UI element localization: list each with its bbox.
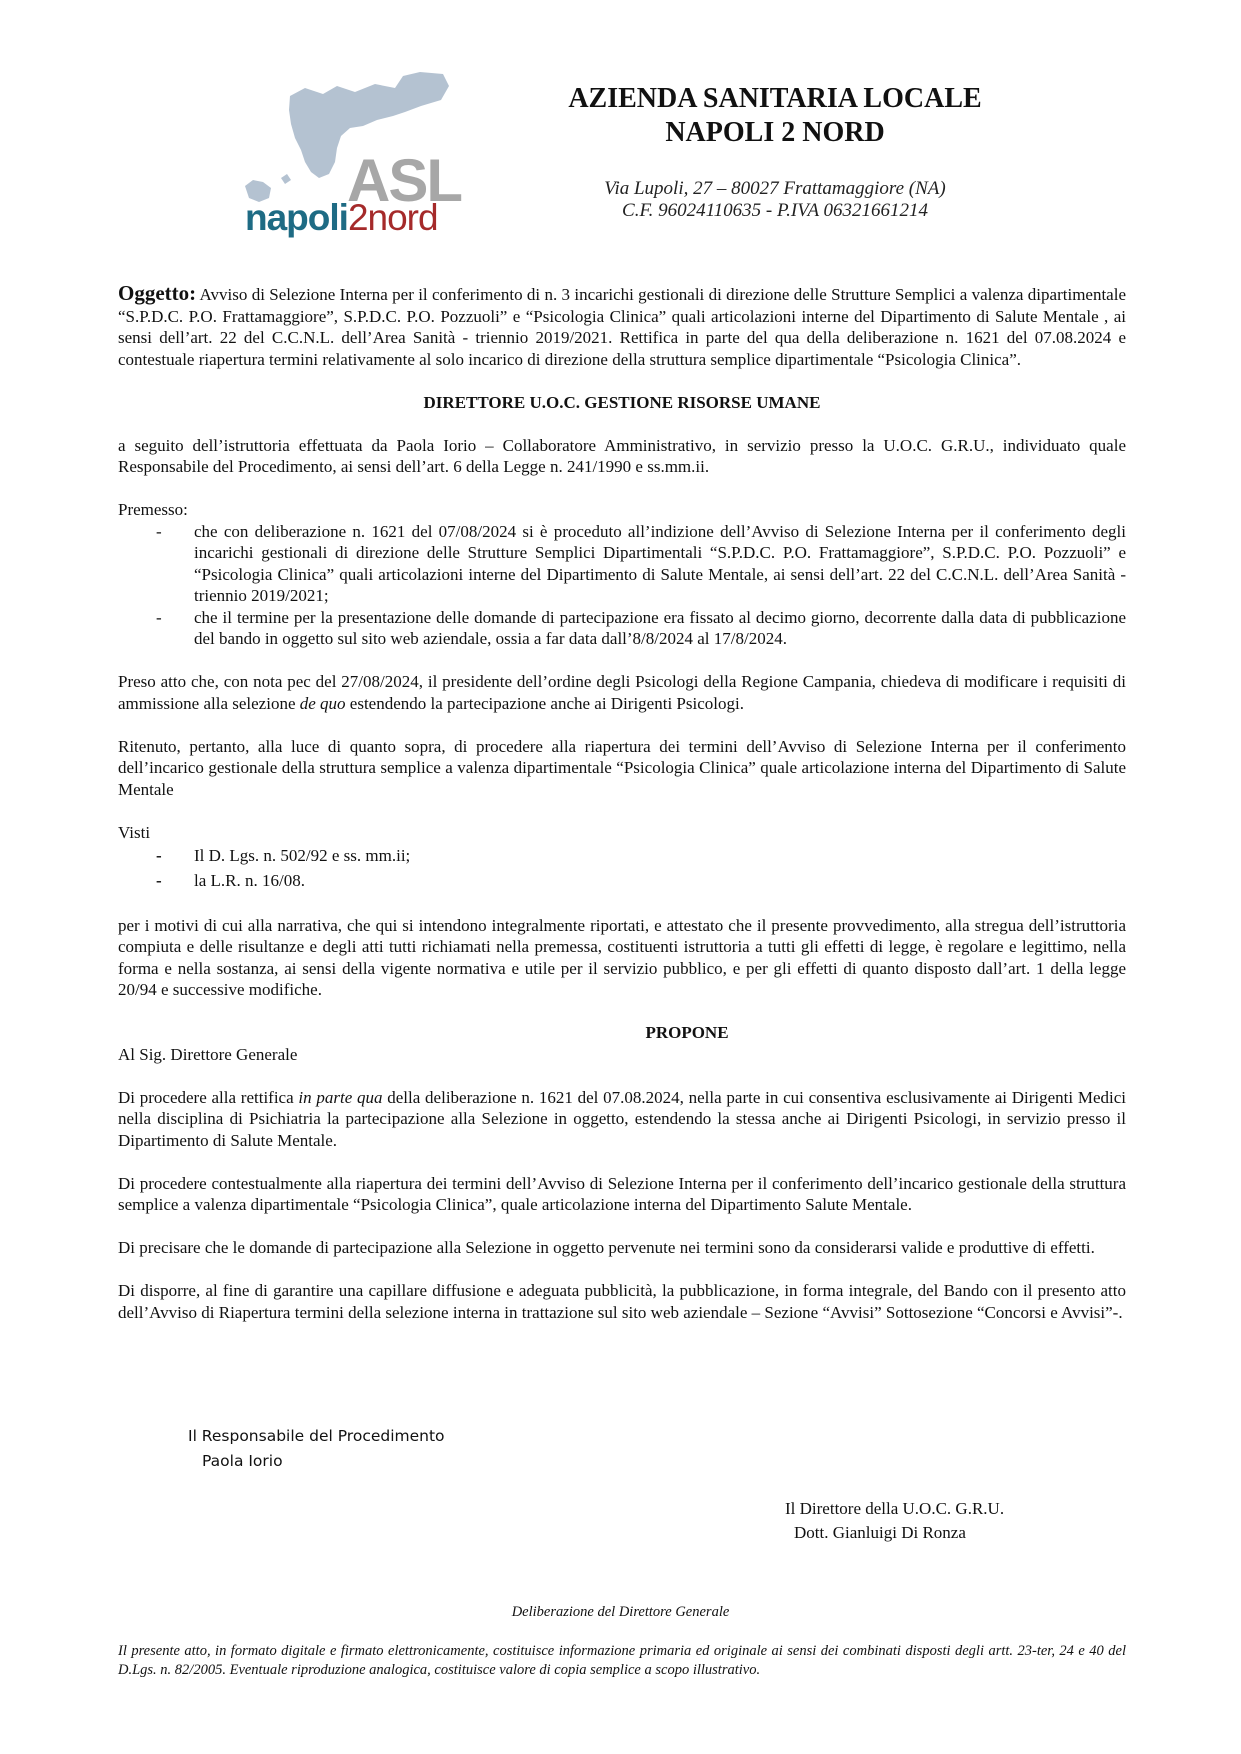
disporre-paragraph: Di disporre, al fine di garantire una ca… [118, 1280, 1126, 1323]
rettifica-paragraph: Di procedere alla rettifica in parte qua… [118, 1087, 1126, 1152]
direttore-heading: DIRETTORE U.O.C. GESTIONE RISORSE UMANE [118, 392, 1126, 414]
org-name-line1: AZIENDA SANITARIA LOCALE [545, 82, 1005, 116]
responsabile-name: Paola Iorio [188, 1449, 445, 1474]
direttore-title: Il Direttore della U.O.C. G.R.U. [785, 1497, 1004, 1521]
logo-2nord: 2nord [348, 197, 438, 238]
visti-label: Visti [118, 822, 1126, 844]
org-name-line2: NAPOLI 2 NORD [545, 116, 1005, 150]
document-page: ASL napoli2nord AZIENDA SANITARIA LOCALE… [0, 0, 1241, 1754]
list-item: -Il D. Lgs. n. 502/92 e ss. mm.ii; [118, 843, 1126, 868]
footer-note: Il presente atto, in formato digitale e … [118, 1642, 1126, 1680]
preso-atto-paragraph: Preso atto che, con nota pec del 27/08/2… [118, 671, 1126, 714]
premesso-label: Premesso: [118, 499, 1126, 521]
ritenuto-paragraph: Ritenuto, pertanto, alla luce di quanto … [118, 736, 1126, 801]
precisare-paragraph: Di precisare che le domande di partecipa… [118, 1237, 1126, 1259]
visti-list: -Il D. Lgs. n. 502/92 e ss. mm.ii; -la L… [118, 843, 1126, 893]
oggetto-paragraph: Oggetto: Avviso di Selezione Interna per… [118, 283, 1126, 370]
direttore-signature: Il Direttore della U.O.C. G.R.U. Dott. G… [785, 1497, 1004, 1545]
footer-title: Deliberazione del Direttore Generale [0, 1604, 1241, 1621]
destinatario: Al Sig. Direttore Generale [118, 1044, 1126, 1066]
responsabile-title: Il Responsabile del Procedimento [188, 1424, 445, 1449]
direttore-name: Dott. Gianluigi Di Ronza [785, 1521, 1004, 1545]
logo-wordmark: napoli2nord [245, 199, 438, 236]
organization-header: AZIENDA SANITARIA LOCALE NAPOLI 2 NORD V… [545, 82, 1005, 222]
propone-heading: PROPONE [118, 1022, 1126, 1044]
list-item: -la L.R. n. 16/08. [118, 868, 1126, 893]
istruttoria-paragraph: a seguito dell’istruttoria effettuata da… [118, 435, 1126, 478]
org-address: Via Lupoli, 27 – 80027 Frattamaggiore (N… [545, 178, 1005, 200]
motivi-paragraph: per i motivi di cui alla narrativa, che … [118, 915, 1126, 1001]
responsabile-signature: Il Responsabile del Procedimento Paola I… [188, 1424, 445, 1474]
oggetto-label: Oggetto: [118, 281, 196, 305]
premesso-list: - che con deliberazione n. 1621 del 07/0… [118, 521, 1126, 650]
org-fiscal-code: C.F. 96024110635 - P.IVA 06321661214 [545, 200, 1005, 222]
riapertura-paragraph: Di procedere contestualmente alla riaper… [118, 1173, 1126, 1216]
document-body: Oggetto: Avviso di Selezione Interna per… [118, 283, 1126, 1323]
list-item: -che il termine per la presentazione del… [118, 607, 1126, 650]
oggetto-text: Avviso di Selezione Interna per il confe… [118, 285, 1126, 369]
logo-napoli: napoli [245, 197, 348, 238]
list-item: - che con deliberazione n. 1621 del 07/0… [118, 521, 1126, 607]
asl-logo: ASL napoli2nord [245, 66, 480, 246]
